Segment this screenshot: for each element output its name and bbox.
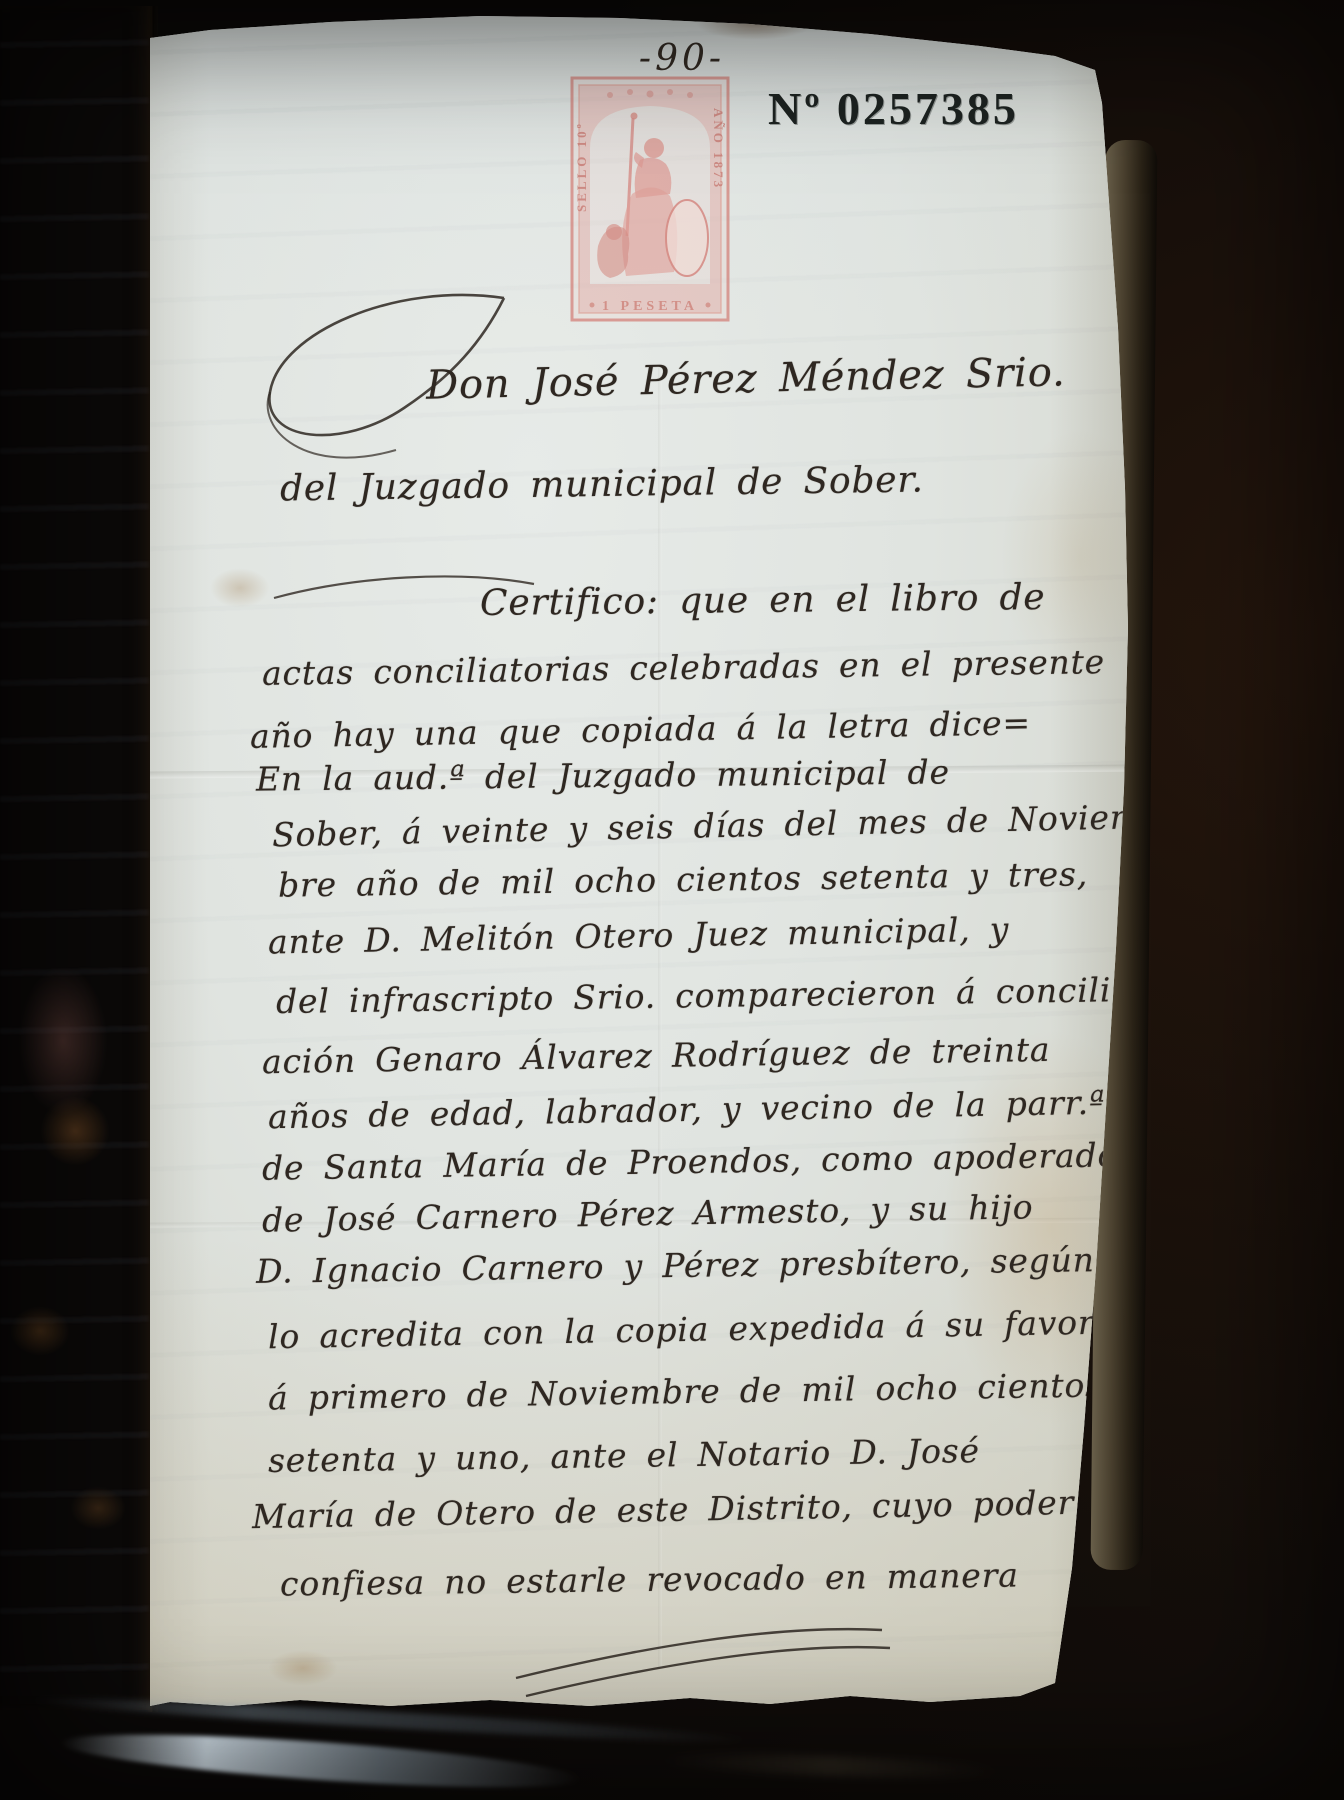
manuscript-line: año hay una que copiada á la letra dice= (250, 703, 1031, 756)
manuscript-line: actas conciliatorias celebradas en el pr… (262, 642, 1105, 693)
manuscript-line: ación Genaro Álvarez Rodríguez de treint… (262, 1030, 1051, 1081)
table-reflection (660, 1750, 1000, 1782)
manuscript-line: lo acredita con la copia expedida á su f… (268, 1303, 1095, 1356)
manuscript-line: En la aud.ª del Juzgado municipal de (256, 752, 950, 798)
paper-stain (40, 1096, 110, 1166)
stamp-value-label: 1 PESETA (602, 299, 698, 314)
paper-stain (10, 1306, 70, 1356)
manuscript-line: de José Carnero Pérez Armesto, y su hijo (262, 1187, 1034, 1239)
manuscript-line: bre año de mil ocho cientos setenta y tr… (278, 854, 1088, 904)
manuscript-line: ante D. Melitón Otero Juez municipal, y (268, 910, 1010, 962)
manuscript-line: D. Ignacio Carnero y Pérez presbítero, s… (256, 1240, 1095, 1291)
document-page: -90- Nº 0257385 (150, 8, 1150, 1714)
stamp-right-label: AÑO 1873 (711, 108, 726, 190)
paper-stain (268, 1650, 338, 1686)
manuscript-line: años de edad, labrador, y vecino de la p… (268, 1083, 1106, 1137)
page-number: -90- (602, 38, 762, 79)
manuscript-line: Certifico: que en el libro de (480, 577, 1046, 624)
closing-flourish (510, 1616, 910, 1706)
paper-stain (695, 6, 815, 40)
manuscript-line: confiesa no estarle revocado en manera (280, 1555, 1019, 1603)
stamp-left-label: SELLO 10º (574, 121, 589, 212)
manuscript-line: del Juzgado municipal de Sober. (280, 460, 924, 510)
facing-page-edge (0, 6, 150, 1710)
paper-stain (18, 966, 108, 1116)
photo-of-document: -90- Nº 0257385 (0, 0, 1344, 1800)
paper-stain (70, 1486, 126, 1530)
bleedthrough-writing (0, 6, 150, 1710)
manuscript-line: de Santa María de Proendos, como apodera… (262, 1135, 1119, 1187)
manuscript-line: á primero de Noviembre de mil ocho cient… (268, 1365, 1103, 1417)
manuscript-line: María de Otero de este Distrito, cuyo po… (252, 1483, 1075, 1536)
paper-stain (210, 568, 270, 608)
manuscript-line: del infrascripto Srio. comparecieron á c… (276, 970, 1140, 1021)
table-reflection (59, 1724, 580, 1798)
manuscript-line: setenta y uno, ante el Notario D. José (268, 1431, 980, 1480)
manuscript-line: Sober, á veinte y seis días del mes de N… (272, 797, 1171, 855)
serial-number-stamp: Nº 0257385 (768, 82, 1028, 135)
revenue-stamp: SELLO 10º AÑO 1873 1 PESETA (570, 76, 730, 322)
manuscript-line: Don José Pérez Méndez Srio. (426, 349, 1066, 408)
